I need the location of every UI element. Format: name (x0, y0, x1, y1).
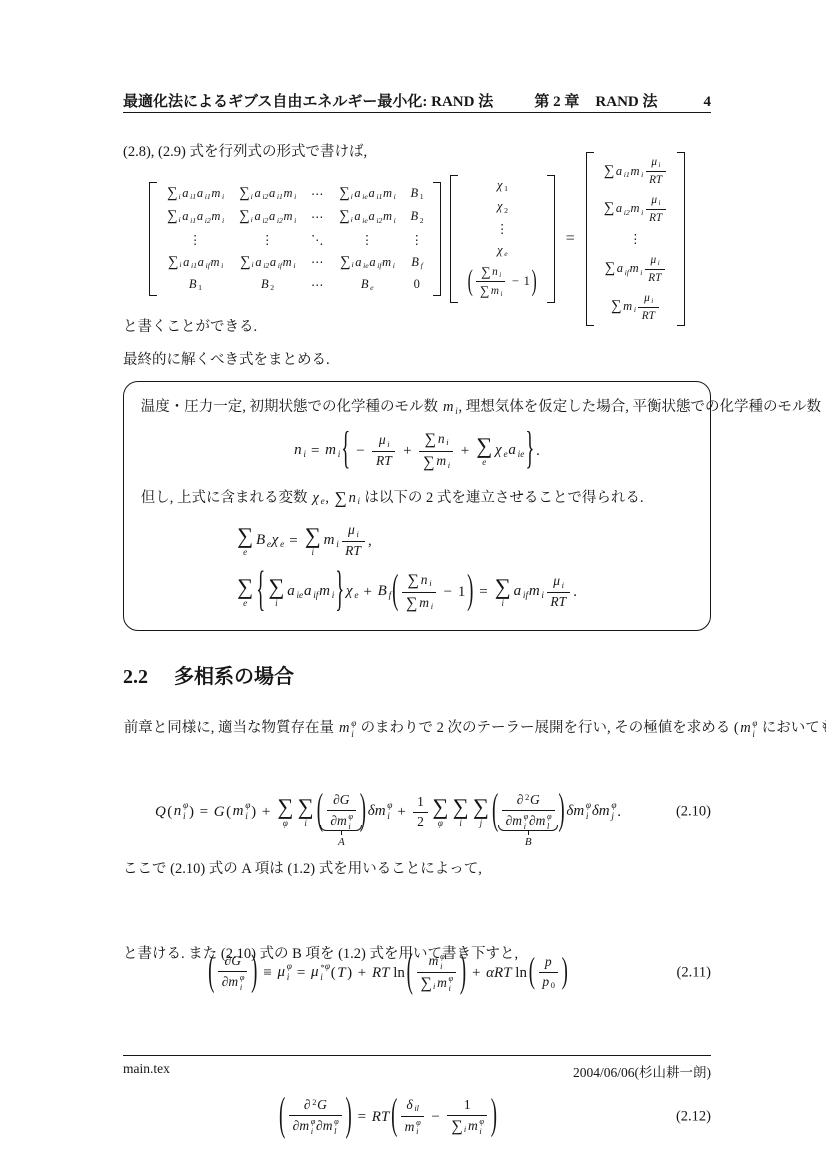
footer-filename: main.tex (123, 1061, 170, 1081)
equation-2-12: (∂2G∂mφi∂mφl)=RT(δilmφi−1∑imφi) (2.12) (123, 1087, 711, 1147)
box-equations: ∑eBeχe=∑imiμiRT, ∑e{∑iaieaifmi}χe+Bf(∑ni… (235, 520, 694, 618)
taylor-paragraph: 前章と同様に, 適当な物質存在量 mφi のまわりで 2 次のテーラー展開を行い… (123, 714, 711, 743)
section-heading: 2.2多相系の場合 (123, 660, 711, 689)
header-chapter: 第 2 章 (534, 90, 579, 111)
equation-2-10-body: Q(nφi)=G(mφi)+∑φ∑i(∂G∂mφi)Aδmφi+12∑φ∑i∑j… (123, 779, 711, 845)
footer-date-author: 2004/06/06(杉山耕一朗) (573, 1061, 711, 1081)
right-bracket (433, 182, 441, 296)
variable-vector-body: χ1χ2⋮χe(∑ni∑mi−1) (460, 175, 545, 303)
variable-vector: χ1χ2⋮χe(∑ni∑mi−1) (450, 175, 555, 303)
left-bracket (149, 182, 157, 296)
section-title: 多相系の場合 (174, 666, 294, 688)
equation-2-12-body: (∂2G∂mφi∂mφl)=RT(δilmφi−1∑imφi) (123, 1087, 711, 1147)
header-right: 第 2 章 RAND 法 4 (534, 90, 711, 111)
rhs-vector-body: ∑ai1miμiRT∑ai2miμiRT⋮∑aifmiμiRT∑miμiRT (596, 152, 675, 325)
box-intro-text: 温度・圧力一定, 初期状態での化学種のモル数 mi, 理想気体を仮定した場合, … (140, 393, 694, 422)
equation-number-2-10: (2.10) (676, 804, 711, 821)
header-rule (123, 112, 711, 113)
matrix-equation: ∑iai1ai1mi∑iai2ai1mi⋯∑iaieai1miB1∑iai1ai… (117, 168, 717, 310)
left-bracket (450, 175, 458, 303)
page-footer: main.tex 2004/06/06(杉山耕一朗) (123, 1061, 711, 1081)
box-condition-text: 但し, 上式に含まれる変数 χe, ∑ni は以下の 2 式を連立させることで得… (140, 481, 694, 515)
right-bracket (677, 152, 685, 325)
paragraph-b-term: と書ける. また (2.10) 式の B 項を (1.2) 式を用いて書き下すと… (123, 940, 711, 969)
equation-2-10: Q(nφi)=G(mφi)+∑φ∑i(∂G∂mφi)Aδmφi+12∑φ∑i∑j… (123, 779, 711, 845)
equals-sign: = (566, 230, 575, 248)
left-bracket (586, 152, 594, 325)
header-page-number: 4 (704, 94, 712, 111)
page: 最適化法によるギブス自由エネルギー最小化: RAND 法 第 2 章 RAND … (0, 0, 826, 1169)
header-title: 最適化法によるギブス自由エネルギー最小化: RAND 法 (123, 90, 493, 111)
paragraph-after-matrix-2: 最終的に解くべき式をまとめる. (123, 346, 711, 375)
coefficient-matrix-body: ∑iai1ai1mi∑iai2ai1mi⋯∑iaieai1miB1∑iai1ai… (159, 182, 431, 296)
section-number: 2.2 (123, 666, 148, 688)
footer-rule (123, 1055, 711, 1056)
box-equation-n: ni=mi{−μiRT+∑ni∑mi+∑eχeaie}. (140, 425, 694, 477)
page-header: 最適化法によるギブス自由エネルギー最小化: RAND 法 第 2 章 RAND … (123, 90, 711, 111)
right-bracket (547, 175, 555, 303)
result-box: 温度・圧力一定, 初期状態での化学種のモル数 mi, 理想気体を仮定した場合, … (123, 381, 711, 631)
equation-number-2-12: (2.12) (676, 1109, 711, 1126)
paragraph-a-term: ここで (2.10) 式の A 項は (1.2) 式を用いることによって, (123, 855, 711, 884)
rhs-vector: ∑ai1miμiRT∑ai2miμiRT⋮∑aifmiμiRT∑miμiRT (586, 152, 685, 325)
paragraph-after-matrix-1: と書くことができる. (123, 313, 711, 342)
coefficient-matrix: ∑iai1ai1mi∑iai2ai1mi⋯∑iaieai1miB1∑iai1ai… (149, 182, 441, 296)
box-equation-coupled: ∑e{∑iaieaifmi}χe+Bf(∑ni∑mi−1)=∑iaifmiμiR… (235, 566, 694, 618)
header-chapter-title: RAND 法 (595, 90, 657, 111)
box-equation-chi: ∑eBeχe=∑imiμiRT, (235, 520, 694, 562)
